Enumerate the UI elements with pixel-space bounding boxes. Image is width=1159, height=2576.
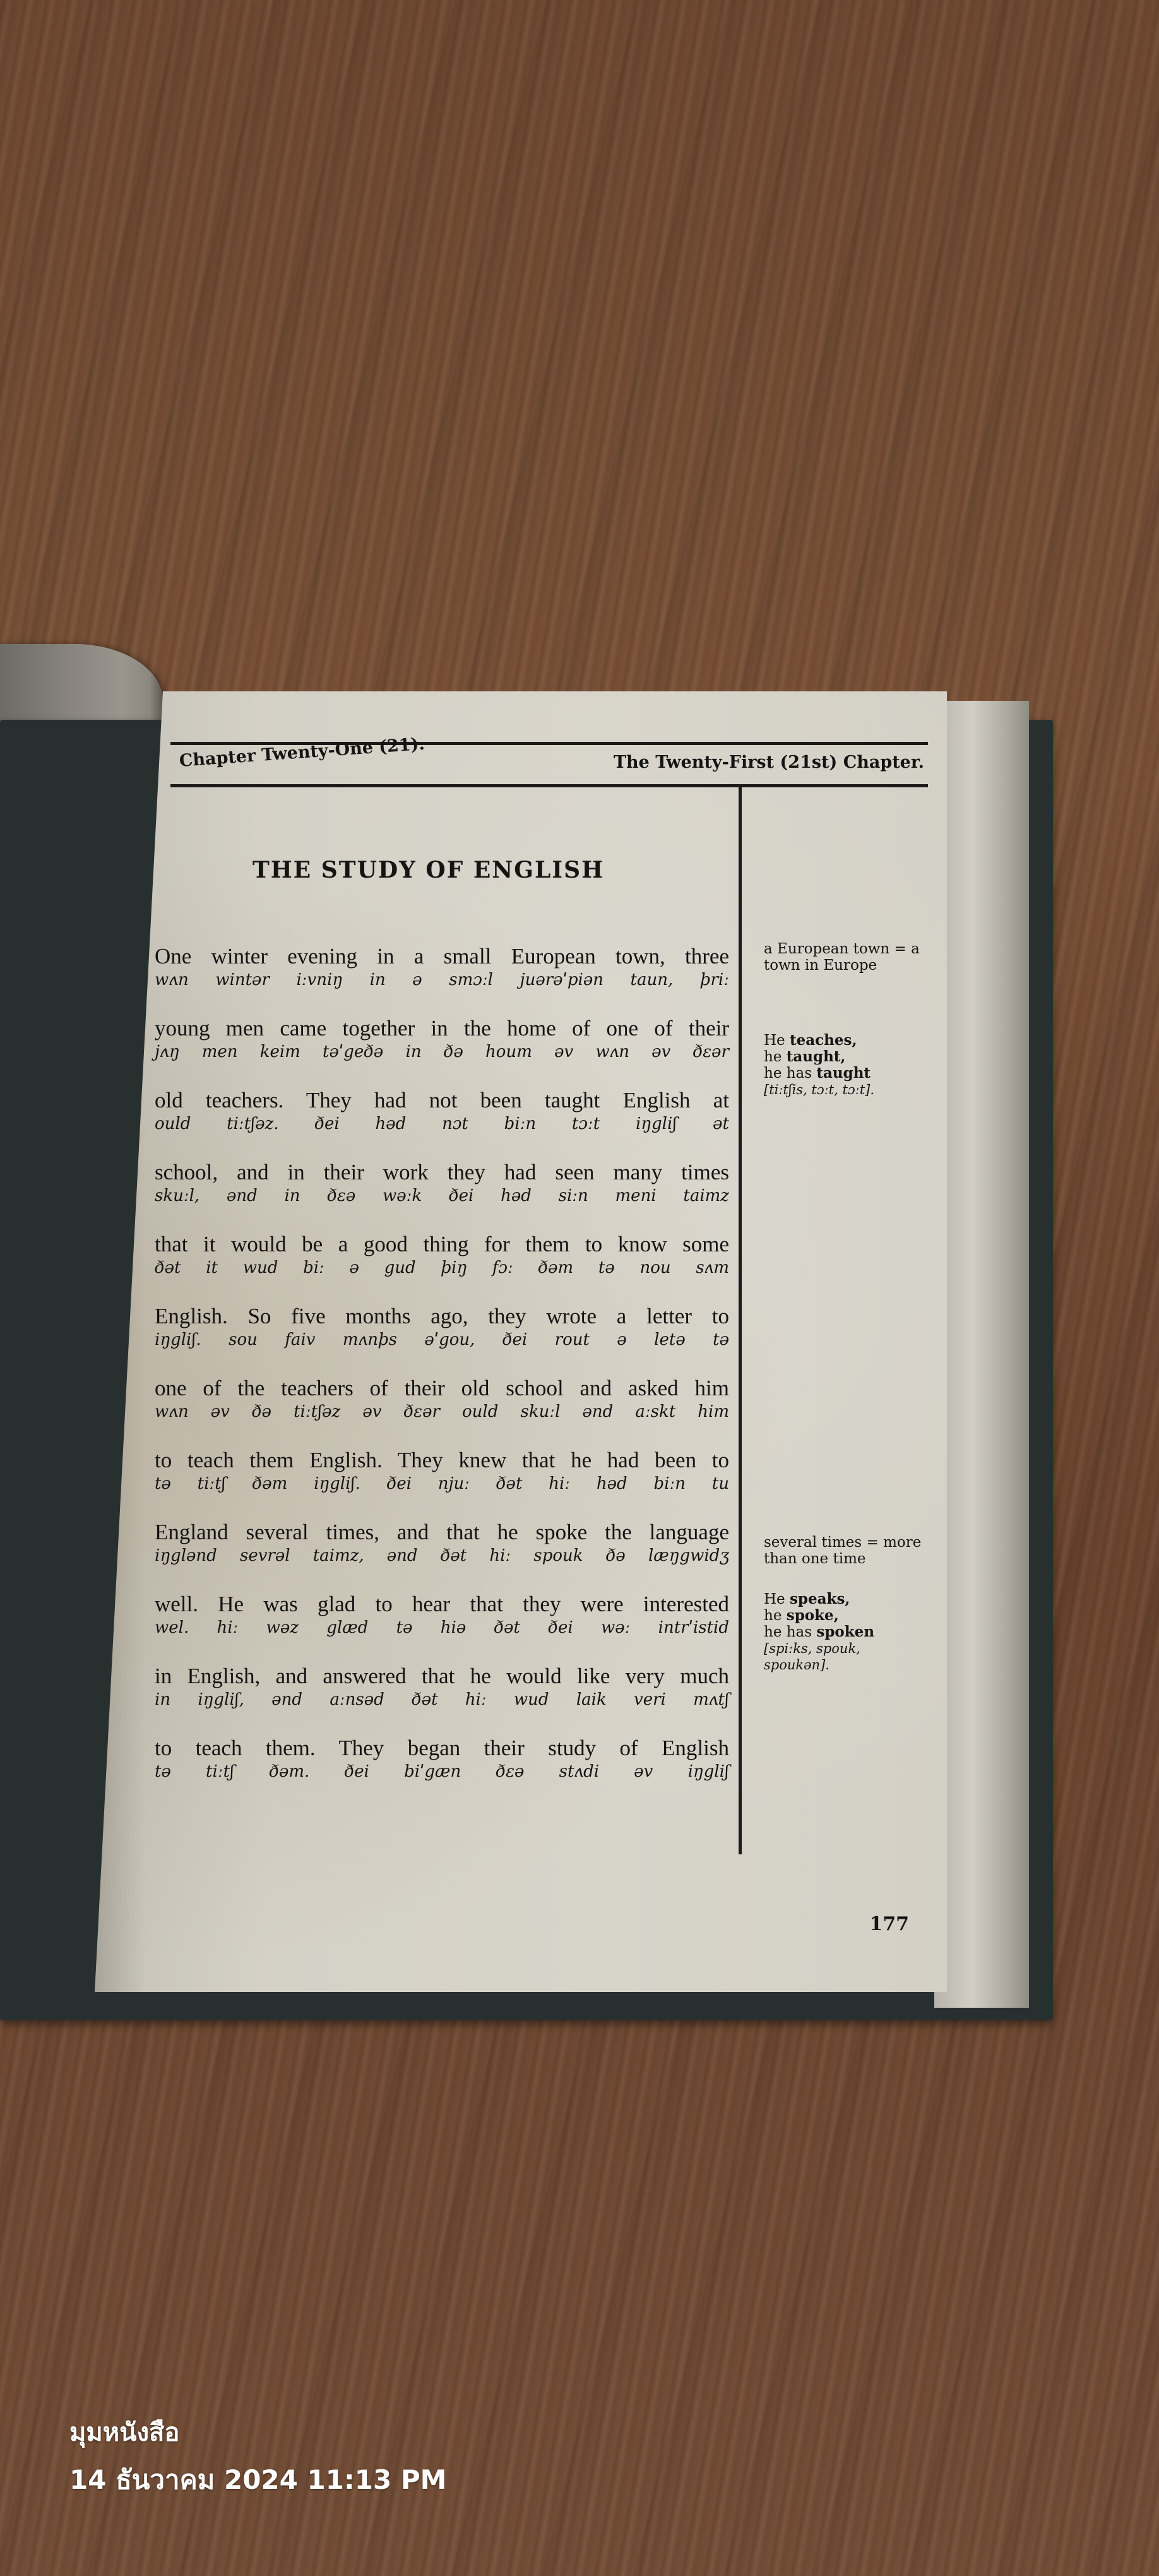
note-ipa: [tiːtʃis, tɔːt, tɔːt]. — [764, 1082, 928, 1098]
note-bold: spoke, — [787, 1607, 839, 1624]
ipa-line: in iŋgliʃ, ənd aːnsəd ðət hiː wud laik v… — [155, 1689, 729, 1710]
ipa-line: wʌn wintər iːvniŋ in ə smɔːl juərəˈpiən … — [155, 969, 729, 991]
page-title: THE STUDY OF ENGLISH — [253, 857, 604, 883]
english-line: One winter evening in a small European t… — [155, 944, 729, 969]
text-line: One winter evening in a small European t… — [155, 944, 729, 1016]
text-line: well. He was glad to hear that they were… — [155, 1592, 729, 1664]
running-header: Chapter Twenty-One (21). The Twenty-Firs… — [170, 742, 928, 787]
text-line: young men came together in the home of o… — [155, 1016, 729, 1088]
ipa-line: tə tiːtʃ ðəm. ðei biˈgæn ðɛə stʌdi əv iŋ… — [155, 1761, 729, 1782]
english-line: English. So five months ago, they wrote … — [155, 1304, 729, 1329]
main-text: One winter evening in a small European t… — [155, 944, 729, 1808]
book-page: Chapter Twenty-One (21). The Twenty-Firs… — [95, 691, 947, 1992]
note-text: he has — [764, 1624, 816, 1640]
note-bold: speaks, — [790, 1590, 850, 1607]
header-left: Chapter Twenty-One (21). — [179, 734, 425, 771]
margin-note-several-times: several times = more than one time — [764, 1534, 928, 1567]
text-line: to teach them. They began their study of… — [155, 1736, 729, 1808]
english-line: young men came together in the home of o… — [155, 1016, 729, 1041]
note-bold: spoken — [816, 1623, 874, 1640]
watermark-brand: มุมหนังสือ — [69, 2412, 179, 2452]
note-text: he — [764, 1049, 787, 1065]
text-line: England several times, and that he spoke… — [155, 1520, 729, 1592]
text-line: in English, and answered that he would l… — [155, 1664, 729, 1736]
header-right: The Twenty-First (21st) Chapter. — [614, 753, 924, 772]
english-line: England several times, and that he spoke… — [155, 1520, 729, 1545]
note-text: he — [764, 1607, 787, 1624]
note-bold: taught — [816, 1064, 871, 1082]
ipa-line: iŋglənd sevrəl taimz, ənd ðət hiː spouk … — [155, 1545, 729, 1566]
text-line: school, and in their work they had seen … — [155, 1160, 729, 1232]
note-text: He — [764, 1032, 790, 1049]
english-line: in English, and answered that he would l… — [155, 1664, 729, 1689]
margin-note-teach: He teaches, he taught, he has taught [ti… — [764, 1032, 928, 1098]
note-text: he has — [764, 1065, 816, 1082]
margin-note-speak: He speaks, he spoke, he has spoken [spiː… — [764, 1591, 928, 1673]
english-line: well. He was glad to hear that they were… — [155, 1592, 729, 1617]
english-line: school, and in their work they had seen … — [155, 1160, 729, 1185]
column-divider — [739, 787, 742, 1854]
ipa-line: jʌŋ men keim təˈgeðə in ðə houm əv wʌn ə… — [155, 1041, 729, 1063]
english-line: that it would be a good thing for them t… — [155, 1232, 729, 1257]
text-line: English. So five months ago, they wrote … — [155, 1304, 729, 1376]
page-number: 177 — [869, 1913, 909, 1935]
ipa-line: ðət it wud biː ə gud þiŋ fɔː ðəm tə nou … — [155, 1257, 729, 1279]
margin-note-european-town: a European town = a town in Europe — [764, 941, 928, 974]
english-line: to teach them. They began their study of… — [155, 1736, 729, 1761]
english-line: one of the teachers of their old school … — [155, 1376, 729, 1401]
english-line: to teach them English. They knew that he… — [155, 1448, 729, 1473]
ipa-line: iŋgliʃ. sou faiv mʌnþs əˈgou, ðei rout ə… — [155, 1329, 729, 1351]
ipa-line: wel. hiː wəz glæd tə hiə ðət ðei wəː int… — [155, 1617, 729, 1638]
note-bold: teaches, — [790, 1032, 857, 1049]
watermark-timestamp: 14 ธันวาคม 2024 11:13 PM — [69, 2459, 446, 2501]
ipa-line: tə tiːtʃ ðəm iŋgliʃ. ðei njuː ðət hiː hə… — [155, 1473, 729, 1494]
ipa-line: ould tiːtʃəz. ðei həd nɔt biːn tɔːt iŋgl… — [155, 1113, 729, 1135]
ipa-line: skuːl, ənd in ðɛə wəːk ðei həd siːn meni… — [155, 1185, 729, 1207]
ipa-line: wʌn əv ðə tiːtʃəz əv ðɛər ould skuːl ənd… — [155, 1401, 729, 1422]
text-line: old teachers. They had not been taught E… — [155, 1088, 729, 1160]
note-bold: taught, — [787, 1048, 846, 1065]
note-ipa: [spiːks, spouk, spoukən]. — [764, 1640, 928, 1673]
text-line: that it would be a good thing for them t… — [155, 1232, 729, 1304]
text-line: one of the teachers of their old school … — [155, 1376, 729, 1448]
english-line: old teachers. They had not been taught E… — [155, 1088, 729, 1113]
note-text: He — [764, 1591, 790, 1607]
text-line: to teach them English. They knew that he… — [155, 1448, 729, 1520]
page-edges — [934, 701, 1029, 2008]
